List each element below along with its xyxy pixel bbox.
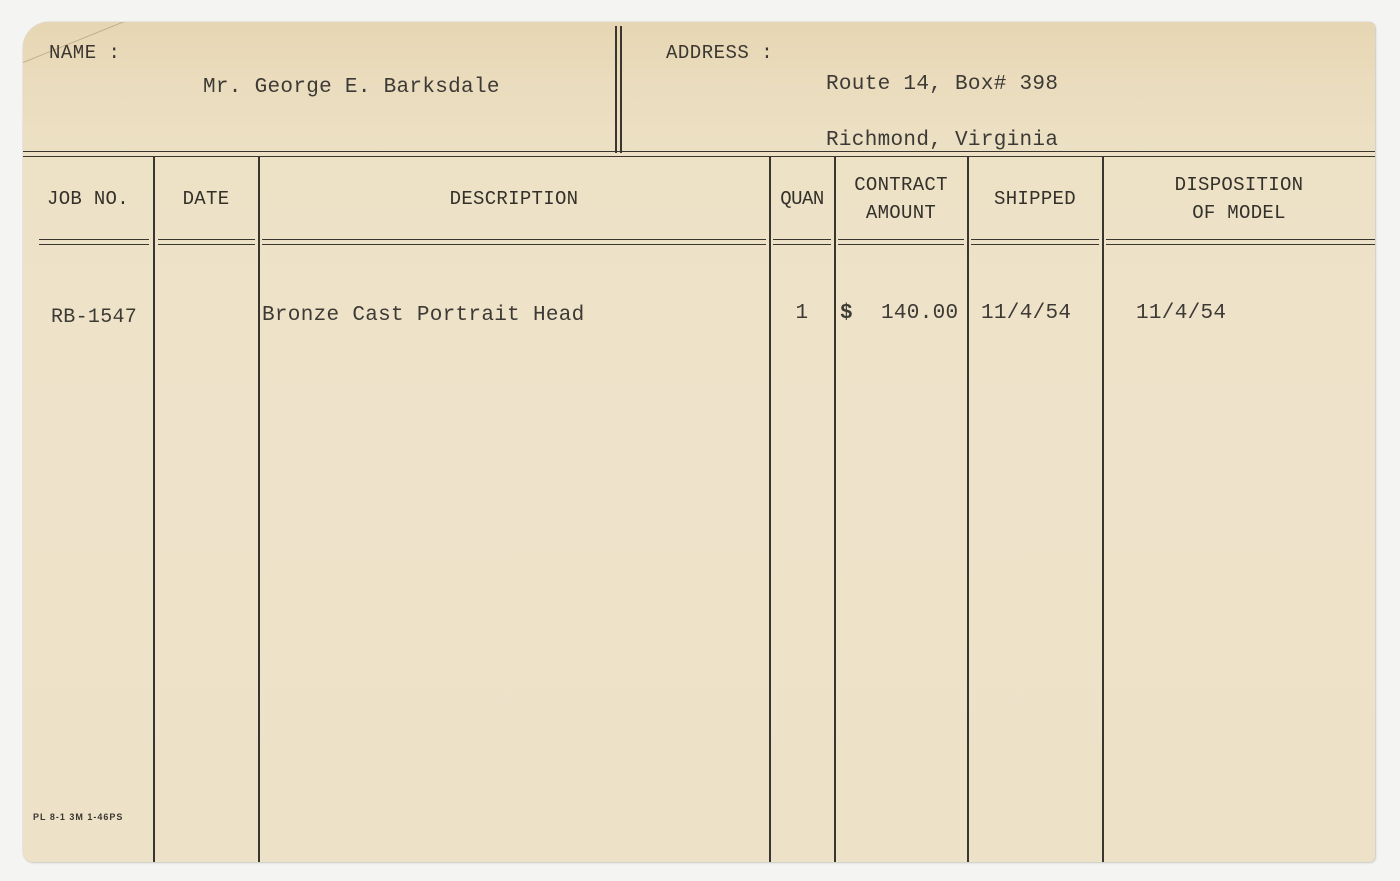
cell-shipped: 11/4/54 (981, 302, 1071, 325)
col-rule-quan (773, 239, 831, 245)
col-divider-6 (1102, 156, 1104, 862)
cell-description: Bronze Cast Portrait Head (262, 304, 585, 327)
record-card: NAME : Mr. George E. Barksdale ADDRESS :… (23, 22, 1375, 862)
cell-disposition: 11/4/54 (1136, 302, 1226, 325)
col-header-date: DATE (154, 185, 258, 213)
header-divider-left (615, 26, 617, 153)
address-line-2: Richmond, Virginia (826, 129, 1058, 152)
cell-contract-amount: 140.00 (881, 302, 958, 325)
col-rule-shipped (971, 239, 1099, 245)
cell-job-no: RB-1547 (51, 306, 137, 329)
customer-name: Mr. George E. Barksdale (203, 76, 500, 99)
col-header-description: DESCRIPTION (259, 185, 769, 213)
header-divider-right (620, 26, 622, 153)
col-rule-contract (838, 239, 964, 245)
col-header-contract-amount: CONTRACT AMOUNT (835, 171, 967, 227)
col-rule-date (158, 239, 255, 245)
col-header-quan: QUAN (770, 185, 834, 213)
col-divider-1 (153, 156, 155, 862)
cell-currency: $ (840, 302, 853, 325)
cell-quan: 1 (770, 302, 834, 325)
col-header-disposition-line1: DISPOSITION (1103, 171, 1375, 199)
col-rule-description (262, 239, 766, 245)
name-label: NAME : (49, 42, 120, 64)
table-row: RB-1547 Bronze Cast Portrait Head 1 $ 14… (23, 302, 1375, 334)
col-header-contract-line1: CONTRACT (835, 171, 967, 199)
header-rule (23, 151, 1375, 157)
col-divider-5 (967, 156, 969, 862)
col-header-disposition: DISPOSITION OF MODEL (1103, 171, 1375, 227)
col-header-disposition-line2: OF MODEL (1103, 199, 1375, 227)
col-rule-disposition (1106, 239, 1375, 245)
col-header-shipped: SHIPPED (968, 185, 1102, 213)
address-line-1: Route 14, Box# 398 (826, 73, 1058, 96)
col-rule-job-no (39, 239, 149, 245)
col-divider-3 (769, 156, 771, 862)
col-divider-2 (258, 156, 260, 862)
col-header-contract-line2: AMOUNT (835, 199, 967, 227)
col-header-job-no: JOB NO. (23, 185, 153, 213)
address-label: ADDRESS : (666, 42, 773, 64)
form-print-code: PL 8-1 3M 1-46PS (33, 812, 123, 822)
col-divider-4 (834, 156, 836, 862)
